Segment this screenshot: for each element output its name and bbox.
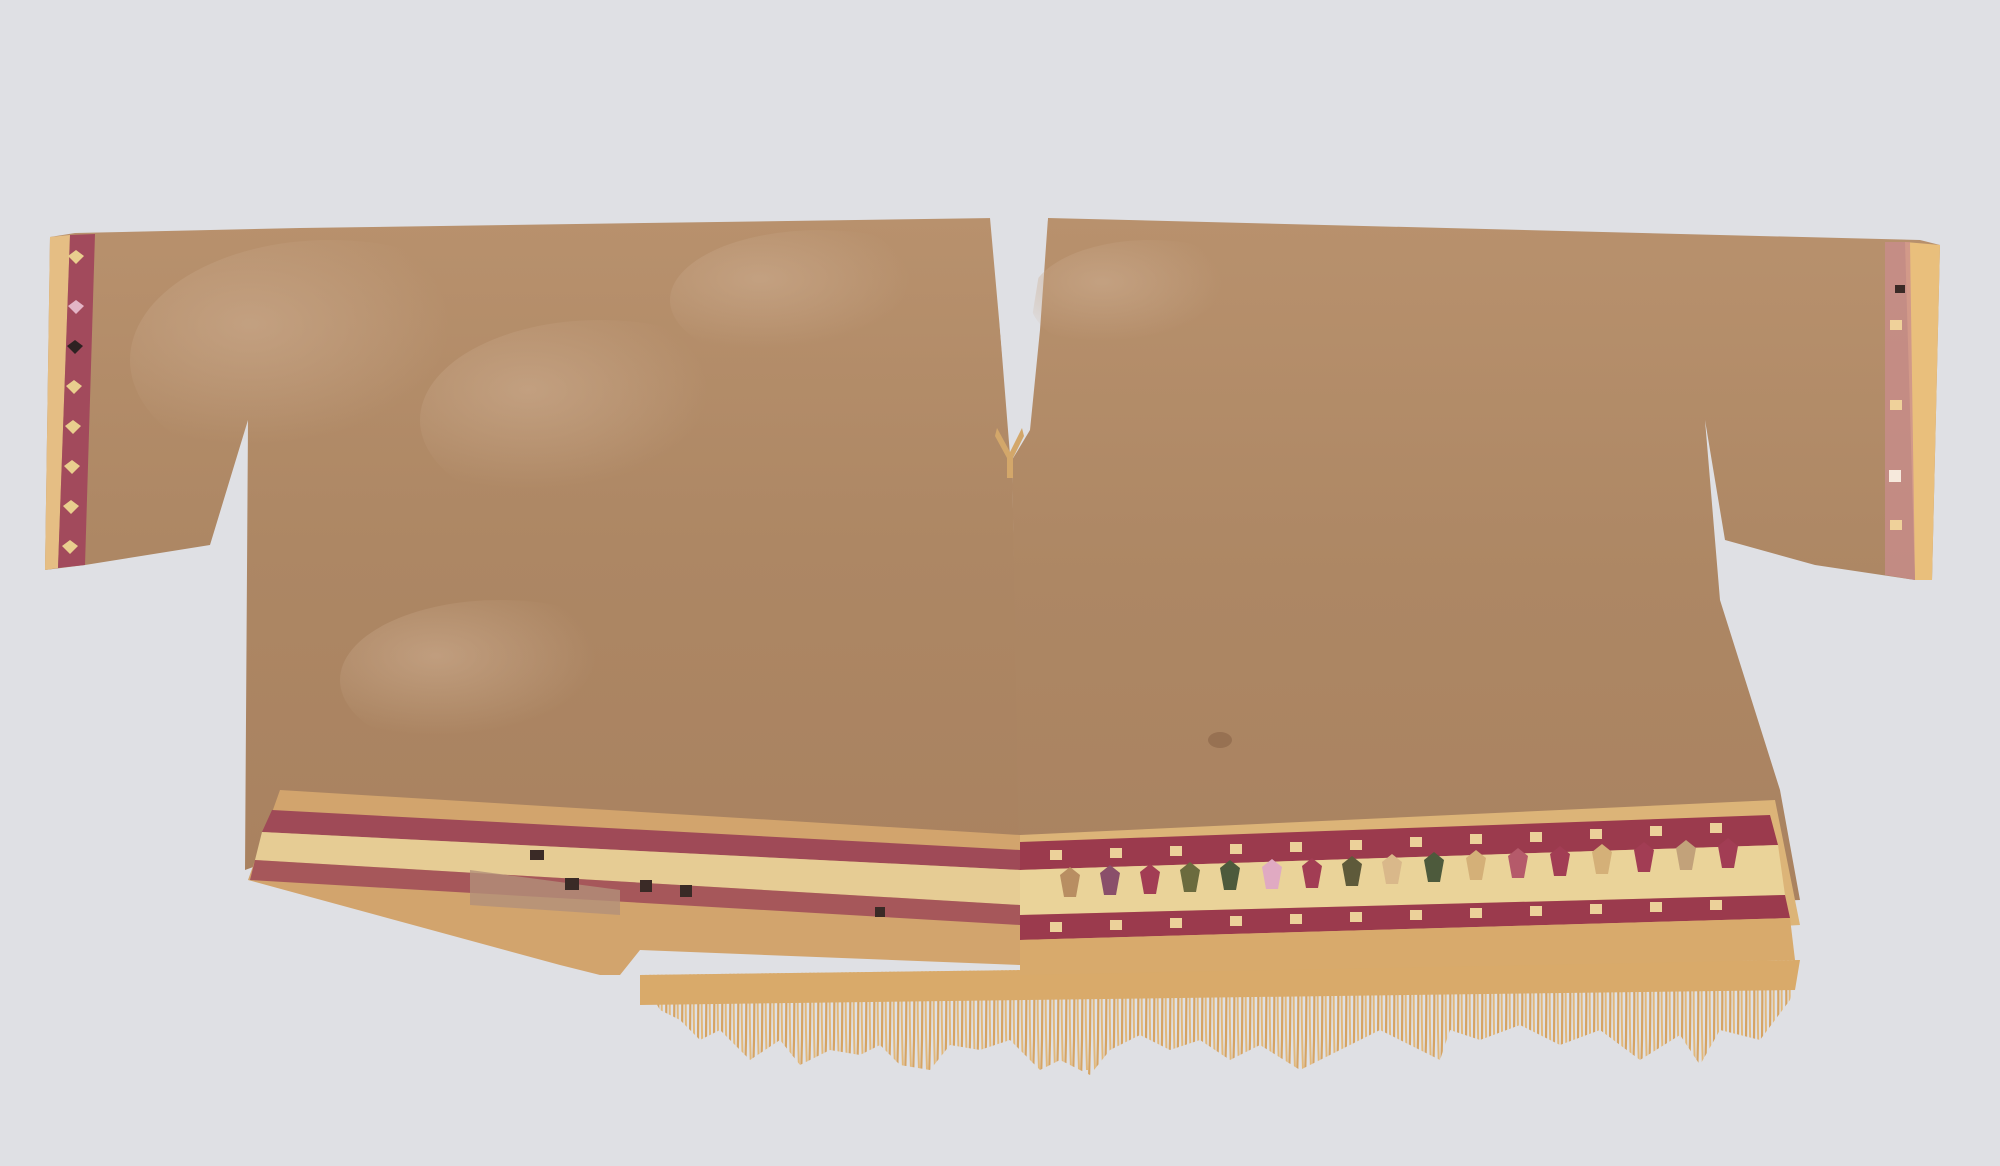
hem-fringe bbox=[640, 960, 1800, 1075]
tunic-photograph bbox=[0, 0, 2000, 1166]
right-sleeve-cuff bbox=[1885, 242, 1940, 580]
